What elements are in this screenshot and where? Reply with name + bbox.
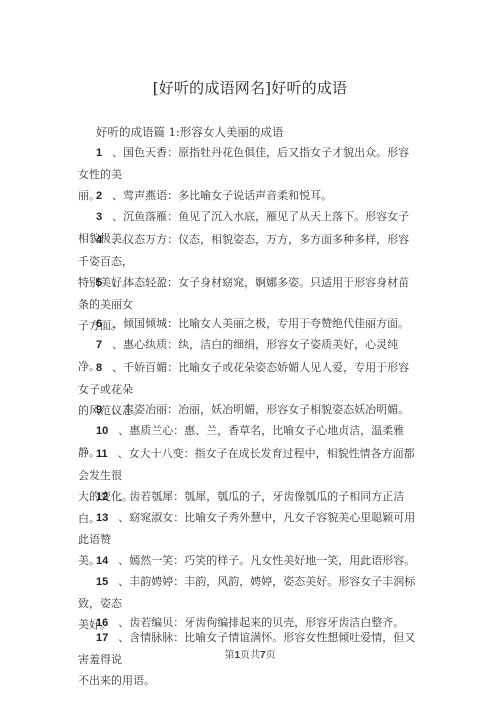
- list-item: 6、倾国倾城：比喻女人美丽之极，专用于夸赞绝代佳丽方面。: [78, 313, 418, 335]
- item-number: 12: [96, 487, 108, 508]
- item-number: 8: [96, 358, 102, 379]
- item-text: 、含情脉脉：比喻女子情谊满怀。形容女性想倾吐爱情，但又害羞得说: [78, 631, 415, 666]
- item-number: 9: [96, 400, 102, 421]
- item-number: 2: [96, 186, 102, 207]
- page-title: [好听的成语网名]好听的成语: [0, 77, 500, 98]
- item-number: 7: [96, 335, 102, 356]
- item-number: 10: [96, 421, 108, 442]
- section-heading: 好听的成语篇 1:形容女人美丽的成语: [96, 124, 283, 140]
- item-number: 11: [96, 444, 108, 465]
- item-number: 13: [96, 508, 108, 529]
- item-text: 、嫣然一笑：巧笑的样子。凡女性美好地一笑，用此语形容。: [118, 554, 415, 567]
- list-item: 2、莺声燕语：多比喻女子说话声音柔和悦耳。: [78, 185, 418, 207]
- item-number: 17: [96, 628, 108, 649]
- document-page: [好听的成语网名]好听的成语 好听的成语篇 1:形容女人美丽的成语 1、国色天香…: [0, 0, 500, 708]
- item-text: 、倾国倾城：比喻女人美丽之极，专用于夸赞绝代佳丽方面。: [112, 317, 409, 330]
- item-text: 、仪态万方：仪态，相貌姿态，万方，多方面多种多样，形容千姿百态，: [78, 233, 409, 268]
- item-number: 6: [96, 314, 102, 335]
- item-text: 、莺声燕语：多比喻女子说话声音柔和悦耳。: [112, 189, 332, 202]
- list-item: 17、含情脉脉：比喻女子情谊满怀。形容女性想倾吐爱情，但又害羞得说 不出来的用语…: [78, 627, 418, 691]
- item-text: 、国色天香：原指牡丹花色俱佳，后又指女子才貌出众。形容女性的美: [78, 146, 409, 181]
- item-number: 1: [96, 143, 102, 164]
- item-text: 、女大十八变：指女子在成长发育过程中，相貌性情各方面都会发生很: [78, 447, 415, 482]
- item-number: 14: [96, 551, 108, 572]
- item-number: 3: [96, 207, 102, 228]
- item-text: 、千娇百媚：比喻女子或花朵姿态娇媚人见人爱，专用于形容女子或花朵: [78, 361, 409, 396]
- item-text: 、窈窕淑女：比喻女子秀外慧中，凡女子容貌美心里聪颖可用此语赞: [78, 511, 415, 546]
- list-item: 14、嫣然一笑：巧笑的样子。凡女性美好地一笑，用此语形容。: [78, 550, 418, 572]
- item-text: 、体态轻盈：女子身材窈窕，婀娜多姿。只适用于形容身材苗条的美丽女: [78, 276, 409, 311]
- item-text-continued: 不出来的用语。: [78, 670, 418, 691]
- item-text: 、丰姿冶丽：冶丽，妖冶明媚，形容女子相貌姿态妖冶明媚。: [112, 403, 409, 416]
- item-number: 5: [96, 273, 102, 294]
- item-number: 15: [96, 572, 108, 593]
- list-item: 9、丰姿冶丽：冶丽，妖冶明媚，形容女子相貌姿态妖冶明媚。: [78, 399, 418, 421]
- item-text: 、丰韵娉婷：丰韵，风韵，娉婷，姿态美好。形容女子丰润标致，姿态: [78, 575, 415, 610]
- item-number: 4: [96, 230, 102, 251]
